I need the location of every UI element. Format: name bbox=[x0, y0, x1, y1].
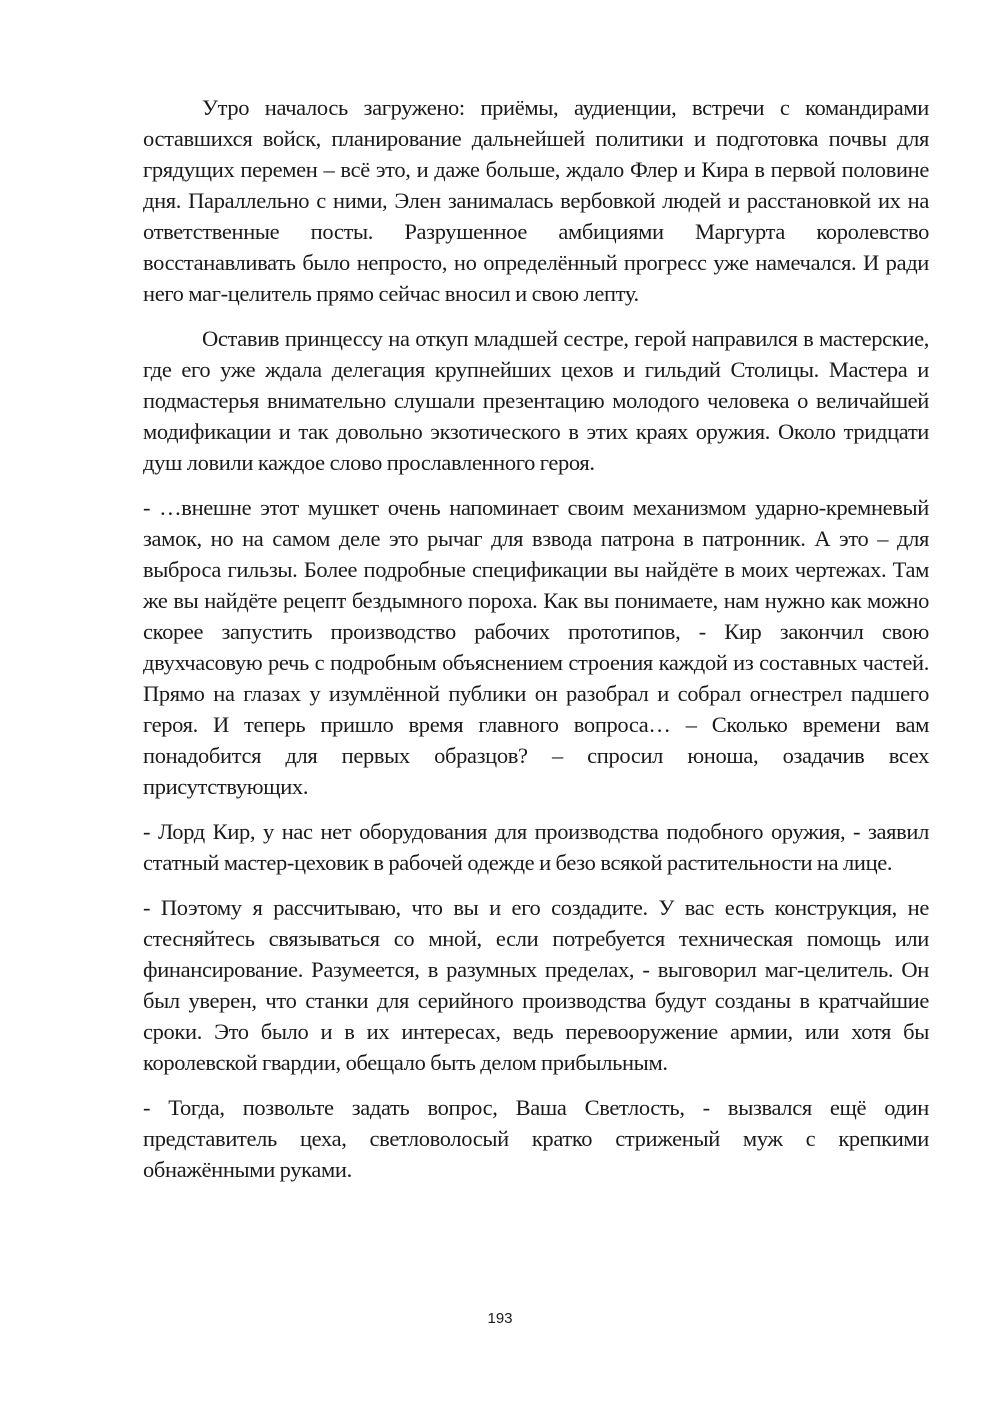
paragraph-5: - Поэтому я рассчитываю, что вы и его со… bbox=[143, 892, 929, 1078]
body-text: Утро началось загружено: приёмы, аудиенц… bbox=[143, 92, 929, 1199]
page-number: 193 bbox=[0, 1310, 1000, 1327]
paragraph-4: - Лорд Кир, у нас нет оборудования для п… bbox=[143, 816, 929, 878]
paragraph-1: Утро началось загружено: приёмы, аудиенц… bbox=[143, 92, 929, 309]
document-page: Утро началось загружено: приёмы, аудиенц… bbox=[0, 0, 1000, 1414]
paragraph-6: - Тогда, позвольте задать вопрос, Ваша С… bbox=[143, 1092, 929, 1185]
paragraph-3: - …внешне этот мушкет очень напоминает с… bbox=[143, 492, 929, 802]
paragraph-2: Оставив принцессу на откуп младшей сестр… bbox=[143, 323, 929, 478]
